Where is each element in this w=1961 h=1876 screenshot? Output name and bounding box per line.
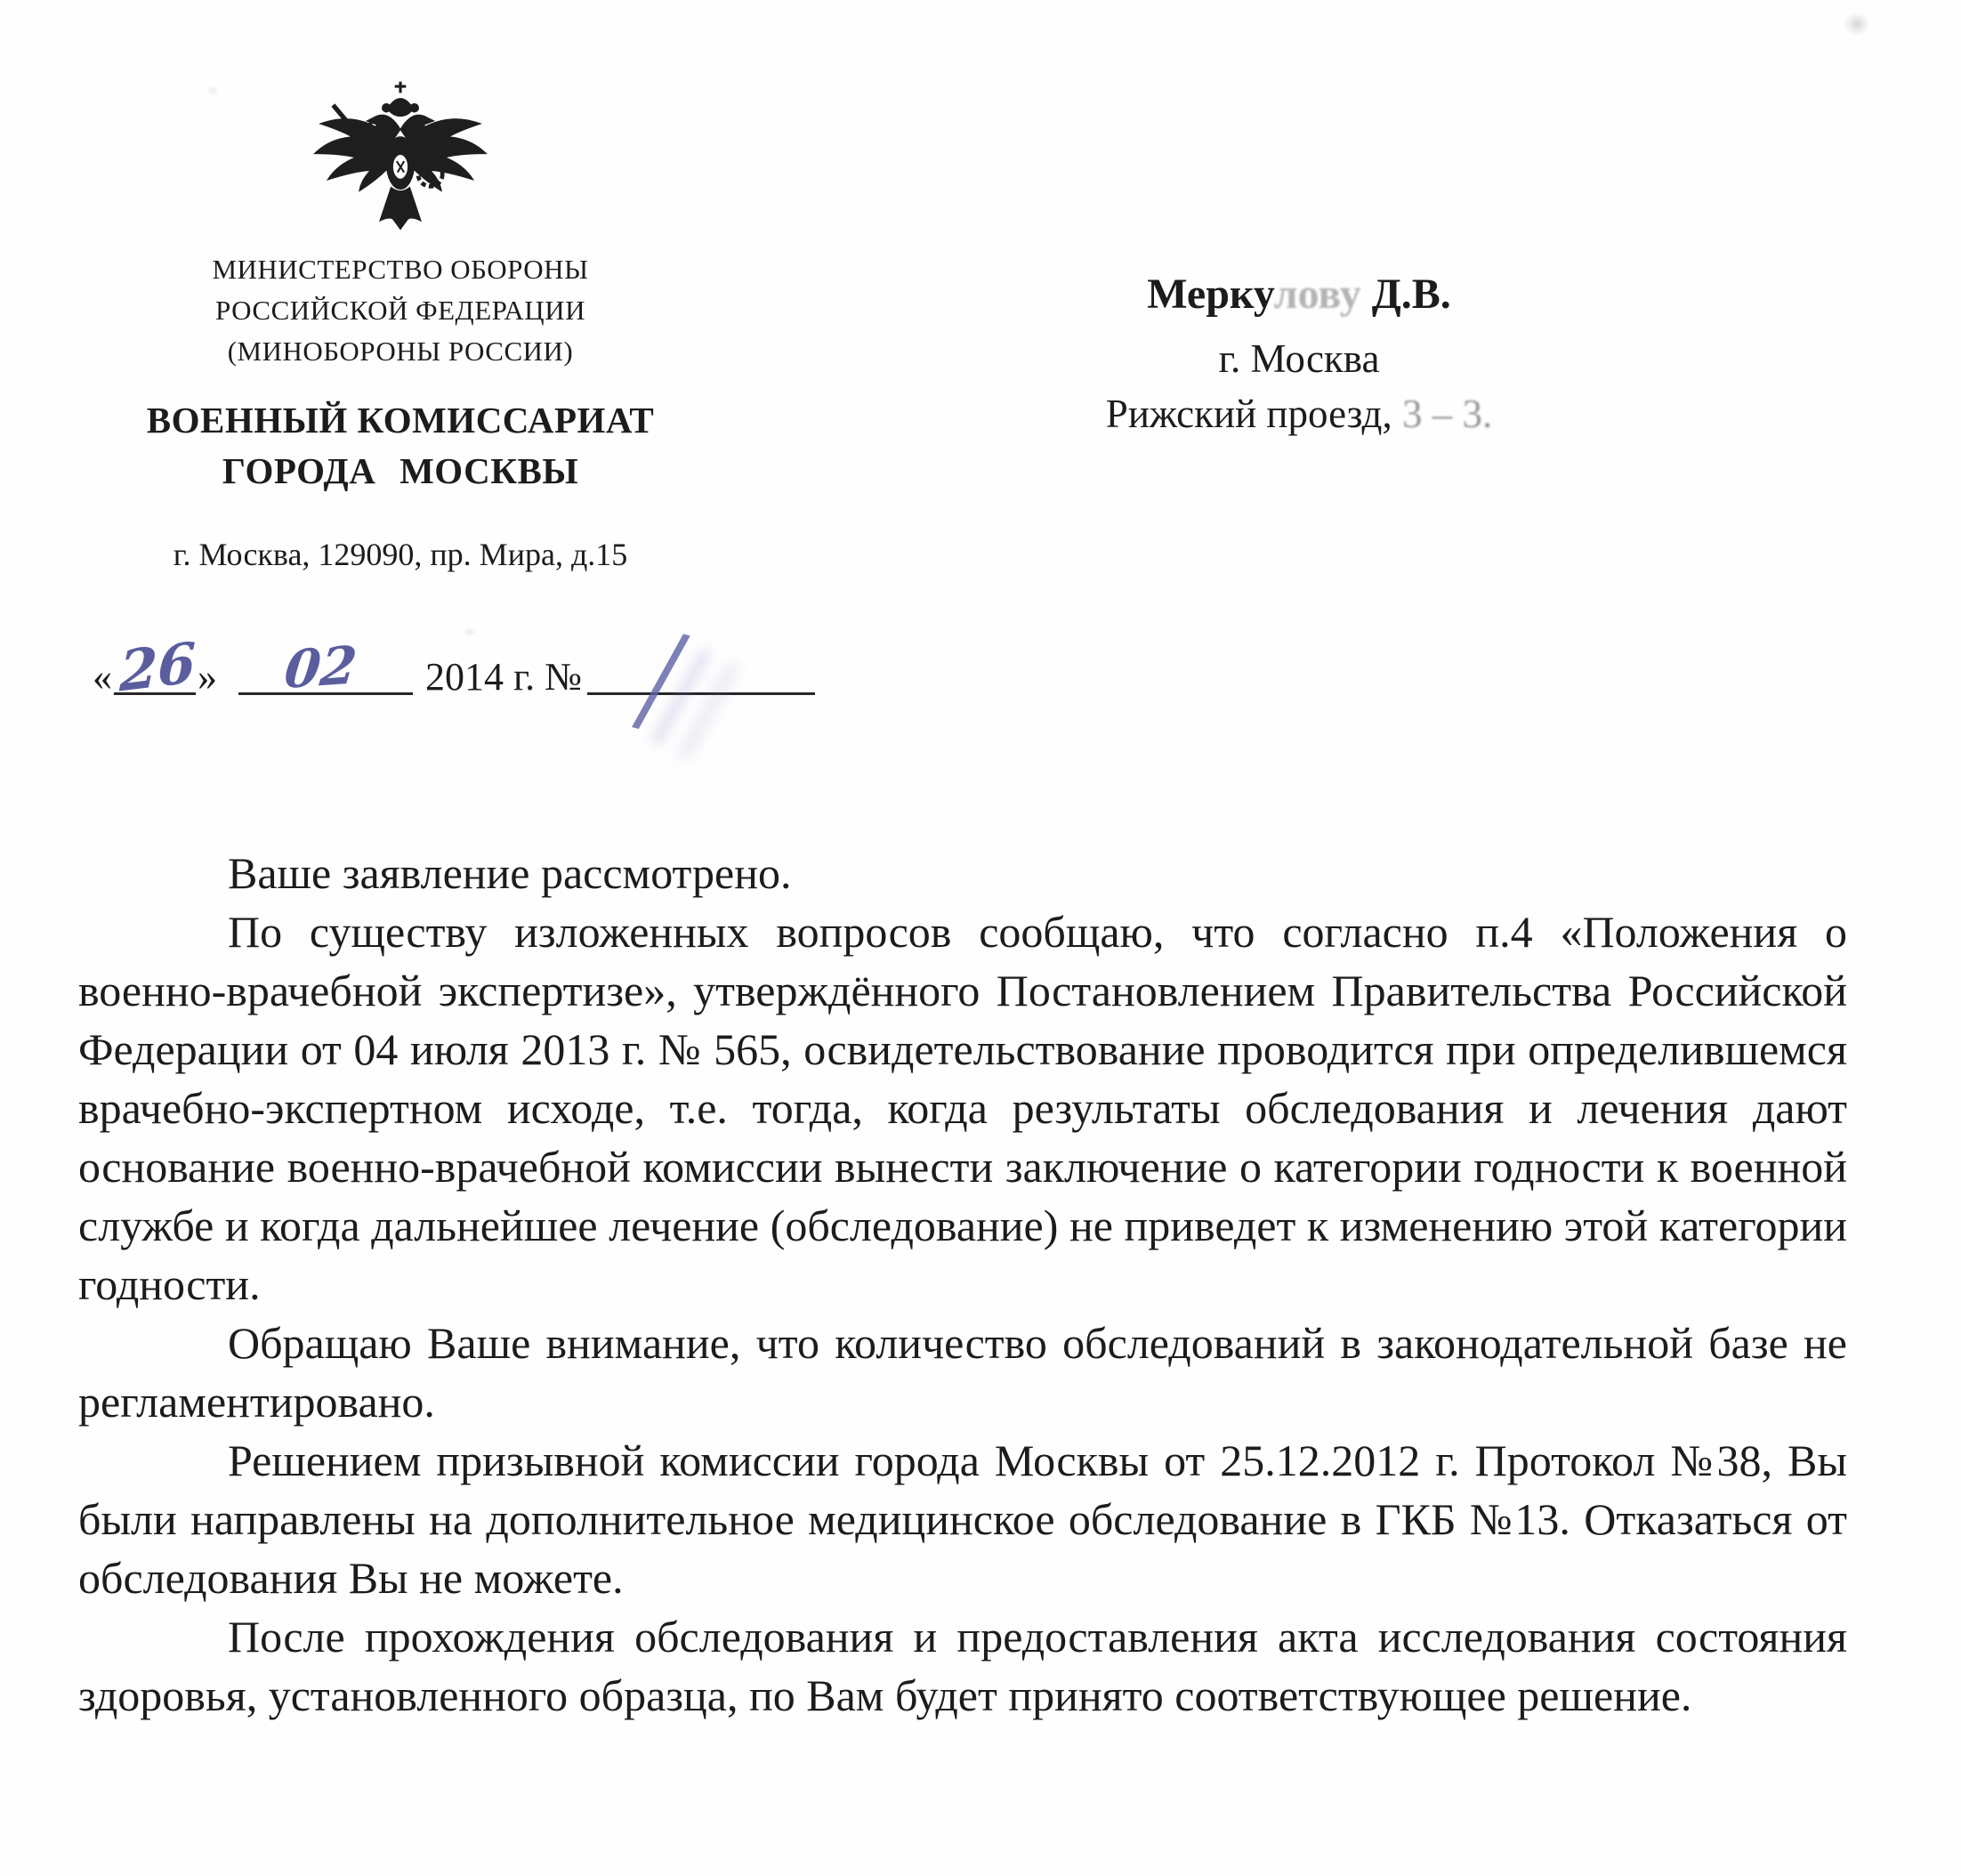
paragraph-3: Обращаю Ваше внимание, что количество об… <box>78 1314 1847 1431</box>
paragraph-1: Ваше заявление рассмотрено. <box>78 844 1847 902</box>
mod-emblem-eagle-icon <box>307 80 494 240</box>
addressee-street: Рижский проезд, 3 – 3. <box>1005 386 1593 441</box>
addressee-name-faded: лову <box>1274 271 1361 318</box>
org-name-line-2: ГОРОДА МОСКВЫ <box>107 446 694 497</box>
day-blank: 26 <box>114 646 196 695</box>
ministry-line-2: РОССИЙСКОЙ ФЕДЕРАЦИИ <box>107 290 694 331</box>
close-quote: » <box>198 655 217 699</box>
ministry-line-1: МИНИСТЕРСТВО ОБОРОНЫ <box>107 249 694 290</box>
number-blank: / <box>587 646 815 695</box>
handwritten-month: 02 <box>281 635 359 700</box>
scan-smudge <box>463 627 477 636</box>
letterhead: МИНИСТЕРСТВО ОБОРОНЫ РОССИЙСКОЙ ФЕДЕРАЦИ… <box>107 80 694 573</box>
letter-body: Ваше заявление рассмотрено. По существу … <box>78 844 1847 1725</box>
date-number-line: «26»022014 г. №/ <box>93 646 815 717</box>
addressee-name-visible: Мерку <box>1147 271 1273 318</box>
addressee-initials: Д.В. <box>1361 271 1451 318</box>
addressee-name: Меркулову Д.В. <box>1005 267 1593 322</box>
paragraph-2: По существу изложенных вопросов сообщаю,… <box>78 902 1847 1314</box>
handwritten-number: / <box>633 605 691 752</box>
letter-page: МИНИСТЕРСТВО ОБОРОНЫ РОССИЙСКОЙ ФЕДЕРАЦИ… <box>0 0 1961 1876</box>
paragraph-5: После прохождения обследования и предост… <box>78 1607 1847 1725</box>
year-and-number-label: 2014 г. № <box>425 655 582 699</box>
paragraph-4: Решением призывной комиссии города Москв… <box>78 1431 1847 1607</box>
ministry-line-3: (МИНОБОРОНЫ РОССИИ) <box>107 331 694 372</box>
addressee-street-faded: 3 – 3. <box>1402 392 1492 436</box>
addressee-street-visible: Рижский проезд, <box>1106 392 1402 436</box>
scan-smudge <box>1844 12 1870 36</box>
addressee-block: Меркулову Д.В. г. Москва Рижский проезд,… <box>1005 267 1593 441</box>
org-name-line-1: ВОЕННЫЙ КОМИССАРИАТ <box>107 395 694 446</box>
scan-smudge <box>206 85 219 96</box>
letterhead-address: г. Москва, 129090, пр. Мира, д.15 <box>107 536 694 573</box>
month-blank: 02 <box>238 646 413 695</box>
addressee-city: г. Москва <box>1005 331 1593 386</box>
handwritten-day: 26 <box>119 629 197 704</box>
open-quote: « <box>93 655 112 699</box>
